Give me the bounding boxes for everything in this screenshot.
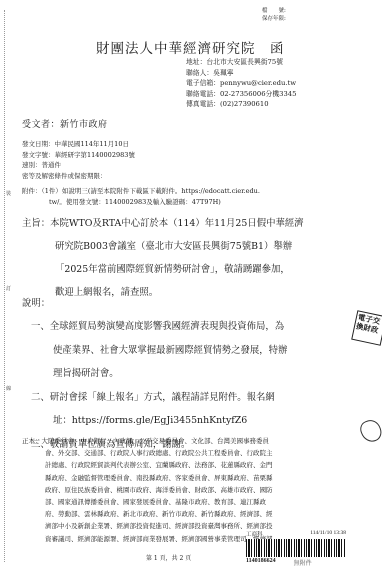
contact-person: 聯絡人：吳珮寧 [186,68,296,79]
binding-char: 訂 [6,285,11,292]
attachment-line[interactable]: 附件：（1件）如說明三(請至本院附件下載區下載附件。https://edocat… [22,186,260,197]
file-number-label: 檔 號: [262,7,286,15]
barcode-block: 工商科 114/11/10 13:38 1140186624 無附件 [246,530,346,567]
subject-line: 「2025年當前國際經貿新情勢研討會」，敬請踴躍參加， [22,258,304,281]
copies-line: 計總處、行政院經貿談判代表辦公室、宜蘭縣政府、法務部、花蓮縣政府、金門 [22,459,273,471]
copies-line: 會、外交部、交通部、行政院人事行政總處、行政院公共工程委員會、行政院主 [22,447,273,459]
explanation-item: 一、全球經貿局勢演變高度影響我國經濟表現與投資佈局，為 [31,315,287,339]
attachment: 附件：（1件）如說明三(請至本院附件下載區下載附件。https://edocat… [22,186,260,208]
explanation-item: 使產業界、社會大眾掌握最新國際經貿情勢之發展，特辦 [31,339,287,363]
speed: 速別：普通件 [22,160,135,171]
explanation-heading: 說明： [22,295,50,309]
retention-label: 保存年限: [262,15,286,23]
copies-line: 部、國家通訊傳播委員會、國家發展委員會、基隆市政府、教育部、連江縣政 [22,496,273,508]
page-indicator: 第 1 頁，共 2 頁 [146,553,191,562]
binding-char: 裝 [6,190,11,197]
copies-line: 政府、原住民族委員會、桃園市政府、海洋委員會、財政部、高雄市政府、國防 [22,484,273,496]
contact-block: 地址：台北市大安區長興街75號 聯絡人：吳珮寧 電子信箱：pennywu@cie… [186,57,296,110]
copies-to: 正本：大陸委員會、中央銀行、內政部、公平交易委員會、文化部、台灣美國事務委員 會… [22,435,273,545]
subject: 主旨：本院WTO及RTA中心訂於本（114）年11月25日假中華經濟 研究院B0… [22,212,304,304]
classification: 密等及解密條件或保密期限： [22,171,135,182]
issue-date: 發文日期：中華民國114年11月10日 [22,139,135,150]
document-title: 財團法人中華經濟研究院 函 [96,37,285,57]
copies-line: 正本：大陸委員會、中央銀行、內政部、公平交易委員會、文化部、台灣美國事務委員 [22,435,273,447]
recipient: 受文者：新竹市政府 [22,117,108,130]
seal-icon [358,417,382,445]
binding-line: 裝 訂 線 [4,10,5,562]
subject-line: 歡迎上網報名，請查照。 [22,281,304,304]
barcode-icon [246,539,346,557]
barcode-number: 1140186624 [246,558,276,567]
copies-line: 府、勞動部、雲林縣政府、新北市政府、新竹市政府、新竹縣政府、經濟部、經 [22,508,273,520]
fax: 傳真電話：(02)27390610 [186,99,296,110]
copies-line: 濟部中小及新創企業署、經濟部投資促進司、經濟部投資臺灣事務所、經濟部投 [22,520,273,532]
issue-number: 發文字號：華經研字第1140002983號 [22,150,135,161]
copies-line: 資審議司、經濟部能源署、經濟部商業發展署、經濟部國營事業管理司、經濟部 [22,533,273,545]
attachment-line: tw/。使用發文號：1140002983及輸入驗證碼：47T97H) [22,197,260,208]
exchange-stamp-icon: 電子交換財政 [351,310,382,346]
email[interactable]: 電子信箱：pennywu@cier.edu.tw [186,78,296,89]
address: 地址：台北市大安區長興街75號 [186,57,296,68]
subject-line: 研究院B003會議室（臺北市大安區長興街75號B1）舉辦 [22,235,304,258]
barcode-timestamp: 114/11/10 13:38 [310,530,346,538]
explanation-item: 理旨揭研討會。 [31,362,287,386]
phone: 聯絡電話：02-27356006分機3345 [186,89,296,100]
barcode-label: 工商科 [246,530,263,538]
registration-link[interactable]: 址：https://forms.gle/EgJi3455nhKntyfZ6 [31,409,287,433]
copies-line: 縣政府、金融監督管理委員會、南投縣政府、客家委員會、屏東縣政府、苗栗縣 [22,472,273,484]
barcode-note: 無附件 [294,558,312,567]
document-meta: 發文日期：中華民國114年11月10日 發文字號：華經研字第1140002983… [22,139,135,181]
file-info: 檔 號: 保存年限: [262,7,286,23]
subject-line: 主旨：本院WTO及RTA中心訂於本（114）年11月25日假中華經濟 [22,212,304,235]
explanation-item: 二、研討會採「線上報名」方式，議程請詳見附件。報名網 [31,386,287,410]
binding-char: 線 [6,385,11,392]
